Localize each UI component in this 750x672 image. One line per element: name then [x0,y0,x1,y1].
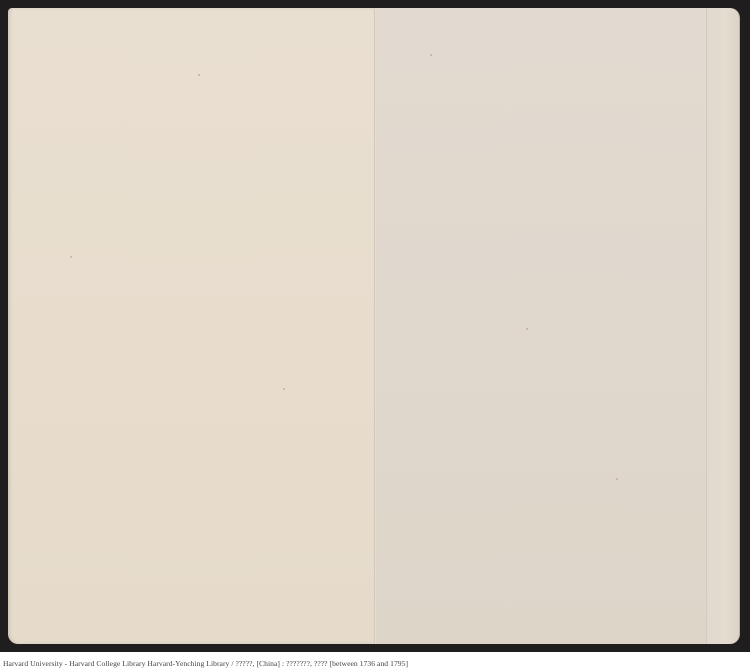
scan-background [0,0,750,652]
paper-speck [526,328,528,330]
paper-speck [430,54,432,56]
left-page [8,8,376,644]
book-page-edges [707,8,740,644]
paper-speck [616,478,618,480]
right-page [376,8,707,644]
paper-speck [283,388,285,390]
citation-footer: Harvard University - Harvard College Lib… [3,657,747,671]
paper-speck [70,256,72,258]
paper-speck [198,74,200,76]
page-gutter [374,8,376,644]
